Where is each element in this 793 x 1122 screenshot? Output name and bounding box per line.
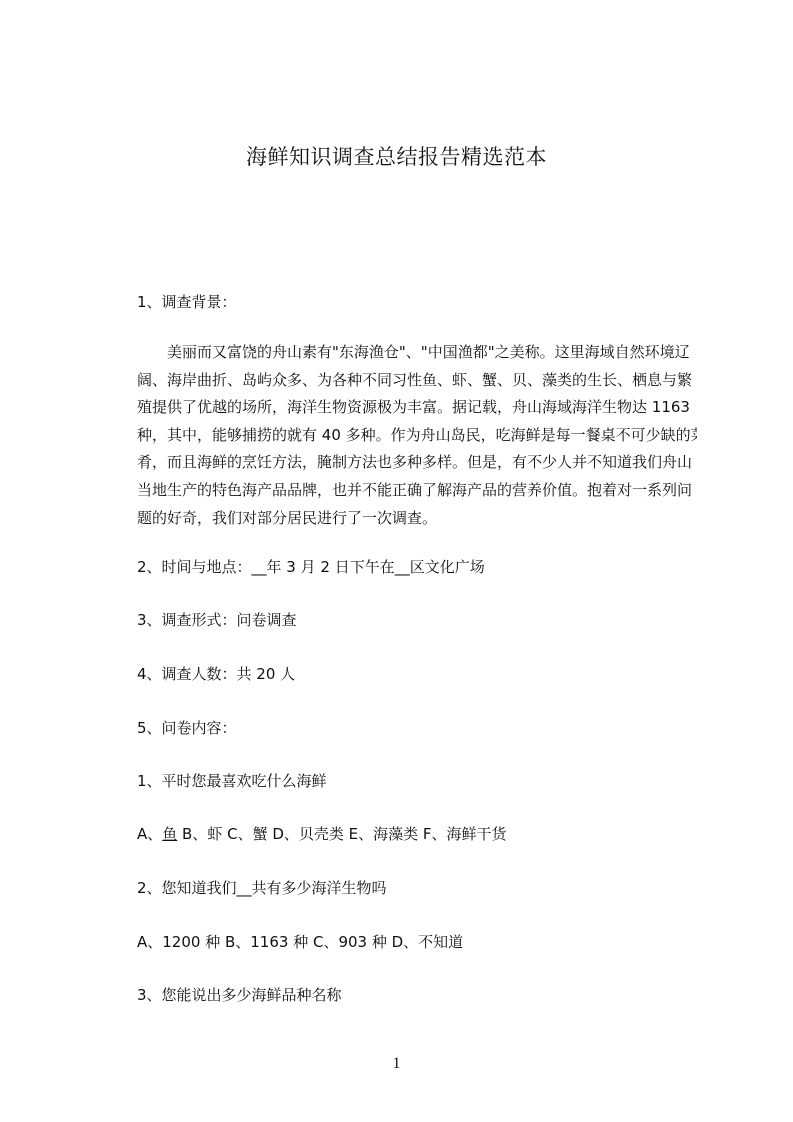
underlined-option: 鱼	[162, 825, 177, 843]
paragraph-line: 题的好奇，我们对部分居民进行了一次调查。	[137, 505, 697, 533]
background-paragraph: 美丽而又富饶的舟山素有"东海渔仓"、"中国渔都"之美称。这里海域自然环境辽 阔、…	[137, 339, 697, 532]
questionnaire-heading: 5、问卷内容：	[137, 718, 237, 738]
survey-count-line: 4、调查人数：共 20 人	[137, 664, 295, 684]
time-place-line: 2、时间与地点：__年 3 月 2 日下午在__区文化广场	[137, 557, 485, 577]
survey-form-line: 3、调查形式：问卷调查	[137, 610, 297, 630]
option-rest: B、虾 C、蟹 D、贝壳类 E、海藻类 F、海鲜干货	[177, 825, 506, 843]
paragraph-line: 种，其中，能够捕捞的就有 40 多种。作为舟山岛民，吃海鲜是每一餐桌不可少缺的菜	[137, 422, 697, 450]
question-1-options: A、鱼 B、虾 C、蟹 D、贝壳类 E、海藻类 F、海鲜干货	[137, 824, 507, 844]
document-title: 海鲜知识调查总结报告精选范本	[0, 141, 793, 171]
question-2: 2、您知道我们__共有多少海洋生物吗	[137, 878, 387, 898]
question-2-options: A、1200 种 B、1163 种 C、903 种 D、不知道	[137, 932, 463, 952]
page-number: 1	[0, 1055, 793, 1073]
question-1: 1、平时您最喜欢吃什么海鲜	[137, 771, 327, 791]
section-heading-background: 1、调查背景：	[137, 292, 237, 312]
paragraph-line: 美丽而又富饶的舟山素有"东海渔仓"、"中国渔都"之美称。这里海域自然环境辽	[137, 339, 697, 367]
document-page: 海鲜知识调查总结报告精选范本 1、调查背景： 美丽而又富饶的舟山素有"东海渔仓"…	[0, 0, 793, 1122]
paragraph-line: 阔、海岸曲折、岛屿众多、为各种不同习性鱼、虾、蟹、贝、藻类的生长、栖息与繁	[137, 367, 697, 395]
question-3: 3、您能说出多少海鲜品种名称	[137, 985, 342, 1005]
option-prefix: A、	[137, 825, 162, 843]
paragraph-line: 肴，而且海鲜的烹饪方法，腌制方法也多种多样。但是，有不少人并不知道我们舟山	[137, 449, 697, 477]
paragraph-line: 殖提供了优越的场所，海洋生物资源极为丰富。据记载，舟山海域海洋生物达 1163	[137, 394, 697, 422]
paragraph-line: 当地生产的特色海产品品牌，也并不能正确了解海产品的营养价值。抱着对一系列问	[137, 477, 697, 505]
